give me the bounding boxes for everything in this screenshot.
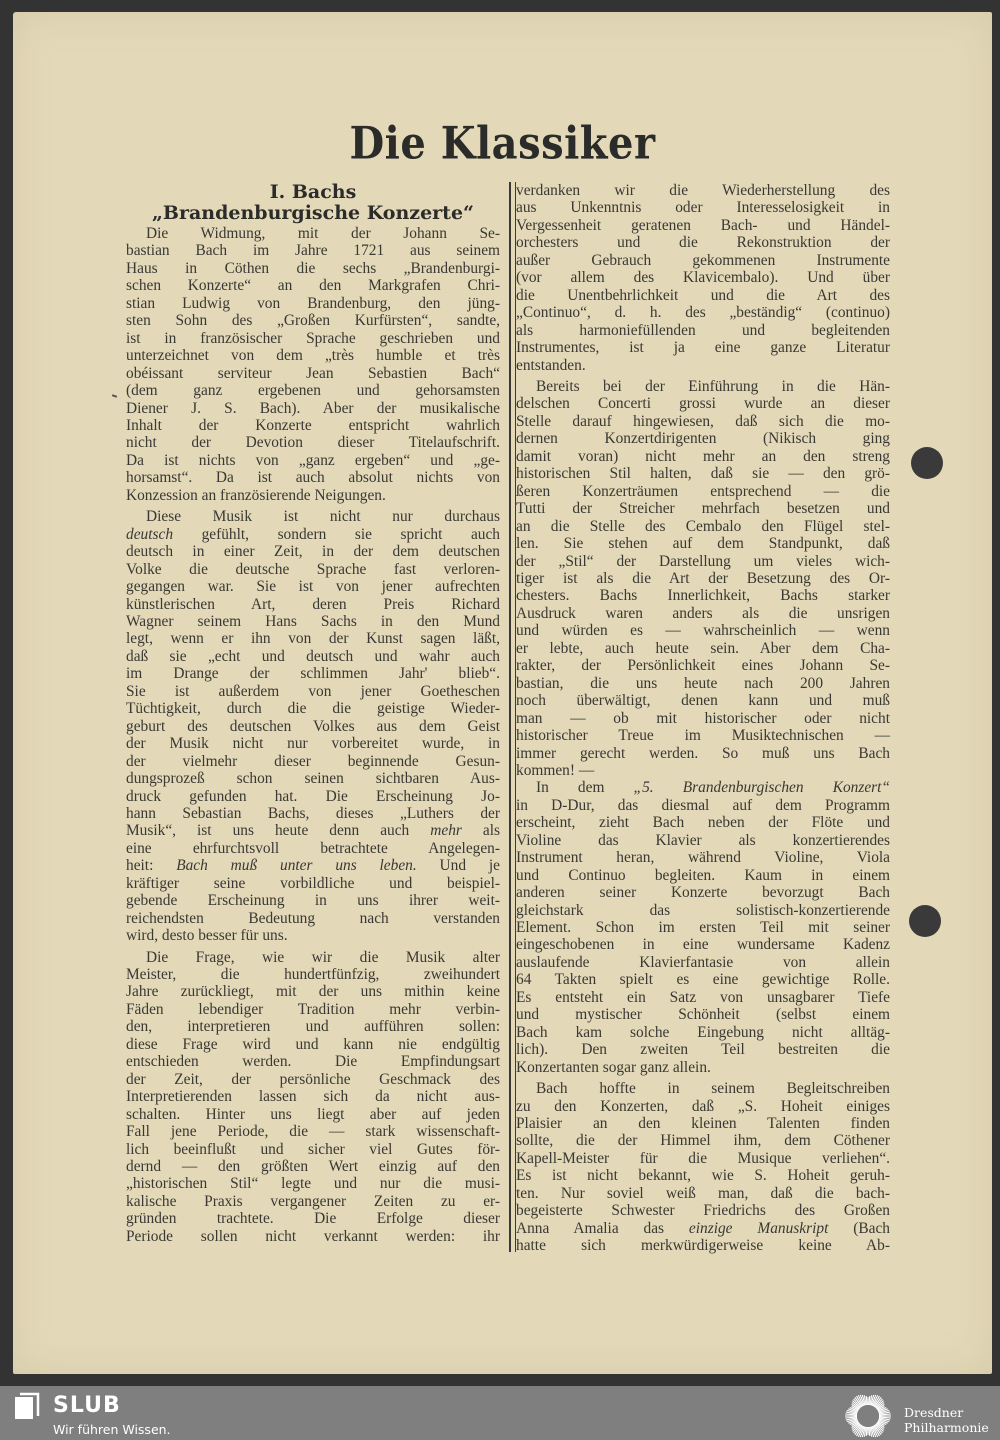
text-line: „historischen Stil“ legte und nur die mu… [126,1175,500,1192]
text-line: und Continuo begleiten. Kaum in einem [516,867,890,884]
text-line: dungsprozeß schon seinen sichtbaren Aus- [126,770,500,787]
text-line: Bach kam solche Eingebung nicht alltäg- [516,1024,890,1041]
text-line: eingeschobenen in eine wundersame Kadenz [516,936,890,953]
text-line: entschieden werden. Die Empfindungsart [126,1053,500,1070]
text-line: Bereits bei der Einführung in die Hän- [516,378,890,395]
text-line: lich beeinflußt und sicher viel Gutes fö… [126,1141,500,1158]
punch-hole-top [911,447,943,479]
text-line: Instrument heran, während Violine, Viola [516,849,890,866]
text-line: rakter, der Persönlichkeit eines Johann … [516,657,890,674]
text-line: ist in französischer Sprache geschrieben… [126,330,500,347]
text-line: entstanden. [516,357,890,374]
text-line: Fäden lebendiger Tradition mehr verbin- [126,1001,500,1018]
text-line: Bach hoffte in seinem Begleitschreiben [516,1080,890,1097]
dp-name-line2: Philharmonie [904,1420,989,1435]
text-line: Volke die deutsche Sprache fast verloren… [126,561,500,578]
section-heading: I. Bachs „Brandenburgische Konzerte“ [126,182,500,224]
text-line: hatte sich merkwürdigerweise keine Ab- [516,1237,890,1254]
text-line: gründen trachtete. Die Erfolge dieser [126,1210,500,1227]
text-line: man — ob mit historischer oder nicht [516,710,890,727]
text-line: hann Sebastian Bachs, dieses „Luthers de… [126,805,500,822]
text-line: Fall jene Periode, die — stark wissensch… [126,1123,500,1140]
text-line: Konzertanten sogar ganz allein. [516,1059,890,1076]
text-line: Es entsteht ein Satz von unsagbarer Tief… [516,989,890,1006]
text-line: legt, wenn er ihn von der Kunst sagen lä… [126,630,500,647]
text-line: erscheint, zieht Bach neben der Flöte un… [516,814,890,831]
text-line: als harmoniefüllenden und begleitenden [516,322,890,339]
text-line: Wagner seinem Hans Sachs in den Mund [126,613,500,630]
text-line: len. Sie stehen auf dem Standpunkt, daß [516,535,890,552]
text-line: orchesters und die Rekonstruktion der [516,234,890,251]
text-line: bastian, die uns heute nach 200 Jahren [516,675,890,692]
text-line: Inhalt der Konzerte entspricht wahrlich [126,417,500,434]
text-line: Anna Amalia das einzige Manuskript (Bach [516,1220,890,1237]
text-line: schen Konzerte“ an den Markgrafen Chri- [126,277,500,294]
text-line: tiger ist als die Art der Besetzung des … [516,570,890,587]
left-column: I. Bachs „Brandenburgische Konzerte“ Die… [126,182,500,1245]
text-line: deutsch in einer Zeit, in der dem deutsc… [126,543,500,560]
text-line: lich). Den zweiten Teil bestreiten die [516,1041,890,1058]
text-line: Tüchtigkeit, durch die die geistige Wied… [126,700,500,717]
text-line: anderen seiner Konzerte bevorzugt Bach [516,884,890,901]
text-line: kommen! — [516,762,890,779]
slub-book-icon [13,1392,41,1420]
text-line: noch überwältigt, denen kann und muß [516,692,890,709]
text-line: und mystischer Schönheit (selbst einem [516,1006,890,1023]
section-subtitle: „Brandenburgische Konzerte“ [126,203,500,224]
text-line: die Unentbehrlichkeit und die Art des [516,287,890,304]
text-line: geburt des deutschen Volkes aus dem Geis… [126,718,500,735]
text-line: auslaufende Klavierfantasie von allein [516,954,890,971]
text-line: stian Ludwig von Brandenburg, den jüng- [126,295,500,312]
text-line: Es ist nicht bekannt, wie S. Hoheit geru… [516,1167,890,1184]
text-line: Die Frage, wie wir die Musik alter [126,949,500,966]
text-line: bastian Bach im Jahre 1721 aus seinem [126,242,500,259]
left-column-text: Die Widmung, mit der Johann Se-bastian B… [126,225,500,1245]
text-line: Periode sollen nicht verkannt werden: ih… [126,1228,500,1245]
text-line: deutsch gefühlt, sondern sie spricht auc… [126,526,500,543]
text-line: gebende Erscheinung in uns ihrer weit- [126,892,500,909]
text-line: historischen Stil halten, daß sie — den … [516,465,890,482]
text-line: druck gefunden hat. Die Erscheinung Jo- [126,788,500,805]
text-line: Vergessenheit geratenen Bach- und Händel… [516,217,890,234]
text-line: eine ehrfurchtsvoll betrachtete Angelege… [126,840,500,857]
text-line: er lebte, auch heute sein. Aber dem Cha- [516,640,890,657]
text-line: sollte, die der Himmel ihm, dem Cöthener [516,1132,890,1149]
text-line: Instrumentes, ist ja eine ganze Literatu… [516,339,890,356]
dp-name-line1: Dresdner [904,1405,989,1420]
column-divider [509,182,516,1252]
text-line: begeisterte Schwester Friedrichs des Gro… [516,1202,890,1219]
section-number-heading: I. Bachs [126,182,500,203]
text-line: horsamst“. Da ist auch absolut nichts vo… [126,469,500,486]
text-line: damit voran) nicht mehr an den streng [516,448,890,465]
text-line: verdanken wir die Wiederherstellung des [516,182,890,199]
text-line: ten. Nur soviel weiß man, daß die bach- [516,1185,890,1202]
text-line: heit: Bach muß unter uns leben. Und je [126,857,500,874]
dresdner-philharmonie-logo-text[interactable]: Dresdner Philharmonie [904,1405,989,1435]
text-line: gegangen war. Sie ist von jener aufrecht… [126,578,500,595]
text-line: dernd — den größten Wert einzig auf den [126,1158,500,1175]
text-line: gleichstark das solistisch-konzertierend… [516,902,890,919]
text-line: der Zeit, der persönliche Geschmack des [126,1071,500,1088]
dresdner-philharmonie-sunburst-icon [843,1391,893,1440]
text-line: Haus in Cöthen die sechs „Brandenburgi- [126,260,500,277]
text-line: Konzession an französierende Neigungen. [126,487,500,504]
text-line: Ausdruck waren anders als die unsrigen [516,605,890,622]
text-line: Diese Musik ist nicht nur durchaus [126,508,500,525]
text-line: an die Stelle des Cembalo den Flügel ste… [516,518,890,535]
text-line: 64 Takten spielt es eine gewichtige Roll… [516,971,890,988]
text-line: sten Sohn des „Großen Kurfürsten“, sandt… [126,312,500,329]
text-line: schalten. Hinter uns liegt aber auf jede… [126,1106,500,1123]
text-line: Tutti der Streicher mehrfach besetzen un… [516,500,890,517]
text-line: historischer Treue im Musiktechnischen — [516,727,890,744]
text-line: wird, desto besser für uns. [126,927,500,944]
slub-logo-text[interactable]: SLUB [53,1393,121,1418]
text-line: Jahre zurückliegt, mit der uns mithin ke… [126,983,500,1000]
text-line: delschen Concerti grossi wurde an dieser [516,395,890,412]
text-line: kalische Praxis vergangener Zeiten zu er… [126,1193,500,1210]
text-line: obéissant serviteur Jean Sebastien Bach“ [126,365,500,382]
page-title: Die Klassiker [13,117,992,170]
text-line: In dem „5. Brandenburgischen Konzert“ [516,779,890,796]
text-line: Kapell-Meister für die Musique verliehen… [516,1150,890,1167]
text-line: und würden es — wahrscheinlich — wenn [516,622,890,639]
text-line: (vor allem des Klavicembalo). Und über [516,269,890,286]
text-line: Die Widmung, mit der Johann Se- [126,225,500,242]
text-line: künstlerischen Art, deren Preis Richard [126,596,500,613]
text-line: Element. Schon im ersten Teil mit seiner [516,919,890,936]
text-line: Diener J. S. Bach). Aber der musikalisch… [126,400,500,417]
text-line: Plaisier an den kleinen Talenten finden [516,1115,890,1132]
text-line: zu den Konzerten, daß „S. Hoheit einiges [516,1098,890,1115]
text-line: dernen Konzertdirigenten (Nikisch ging [516,430,890,447]
punch-hole-bottom [909,905,941,937]
text-line: chesters. Bachs Innerlichkeit, Bachs sta… [516,587,890,604]
text-line: reichendsten Bedeutung nach verstanden [126,910,500,927]
text-line: Musik“, ist uns heute denn auch mehr als [126,822,500,839]
text-line: „Continuo“, d. h. des „beständig“ (conti… [516,304,890,321]
text-line: unterzeichnet von dem „très humble et tr… [126,347,500,364]
text-line: daß sie „echt und deutsch und wahr auch [126,648,500,665]
text-line: in D-Dur, das diesmal auf dem Programm [516,797,890,814]
text-line: Interpretierenden lassen sich da nicht a… [126,1088,500,1105]
text-line: immer gerecht werden. So muß uns Bach [516,745,890,762]
text-line: (dem ganz ergebenen und gehorsamsten [126,382,500,399]
text-line: Violine das Klavier als konzertierendes [516,832,890,849]
text-line: den, interpretieren und aufführen sollen… [126,1018,500,1035]
text-line: Sie ist außerdem von jener Goetheschen [126,683,500,700]
text-line: diese Frage wird und kann nie endgültig [126,1036,500,1053]
text-line: Stelle darauf hingewiesen, daß sich die … [516,413,890,430]
text-line: nicht der Devotion dieser Titelaufschrif… [126,434,500,451]
right-column-text: verdanken wir die Wiederherstellung desa… [516,182,890,1255]
text-line: der vielmehr dieser beginnende Gesun- [126,753,500,770]
scanned-page: Die Klassiker I. Bachs „Brandenburgische… [13,12,992,1374]
text-line: aus Unkenntnis oder Interesselosigkeit i… [516,199,890,216]
text-line: Da ist nichts von „ganz ergeben“ und „ge… [126,452,500,469]
text-line: ßeren Konzerträumen entsprechend — die [516,483,890,500]
right-column: verdanken wir die Wiederherstellung desa… [516,182,890,1255]
text-line: der „Stil“ der Darstellung um vieles wic… [516,553,890,570]
text-line: kräftiger seine vorbildliche und beispie… [126,875,500,892]
text-line: Meister, die hundertfünfzig, zweihundert [126,966,500,983]
text-line: außer Gebrauch gekommenen Instrumente [516,252,890,269]
text-line: der Musik nicht nur vorbereitet wurde, i… [126,735,500,752]
text-line: im Drange der schlimmen Jahr' blieb“. [126,665,500,682]
slub-tagline: Wir führen Wissen. [53,1422,171,1437]
